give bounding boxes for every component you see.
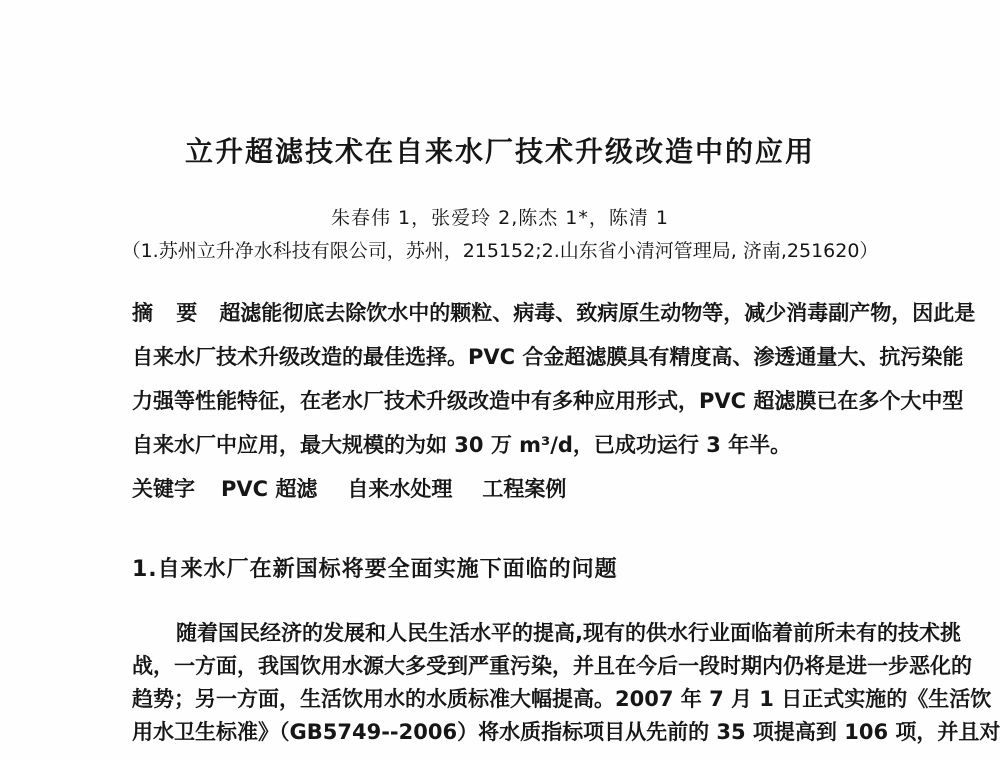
paragraph-line: 战，一方面，我国饮用水源大多受到严重污染，并且在今后一段时期内仍将是进一步恶化的: [132, 650, 869, 683]
abstract-section: 摘 要超滤能彻底去除饮水中的颗粒、病毒、致病原生动物等，减少消毒副产物，因此是 …: [132, 291, 869, 511]
keywords-label: 关键字: [132, 477, 195, 501]
paper-title: 立升超滤技术在自来水厂技术升级改造中的应用: [0, 0, 1000, 170]
keyword-item: PVC 超滤: [221, 477, 317, 501]
abstract-text: 超滤能彻底去除饮水中的颗粒、病毒、致病原生动物等，减少消毒副产物，因此是: [219, 301, 975, 325]
authors-line: 朱春伟 1，张爱玲 2,陈杰 1*，陈清 1: [0, 206, 1000, 230]
abstract-label: 摘 要: [132, 301, 205, 325]
content-column: 摘 要超滤能彻底去除饮水中的颗粒、病毒、致病原生动物等，减少消毒副产物，因此是 …: [132, 291, 869, 749]
abstract-line: 自来水厂技术升级改造的最佳选择。PVC 合金超滤膜具有精度高、渗透通量大、抗污染…: [132, 335, 869, 379]
paragraph-line: 随着国民经济的发展和人民生活水平的提高,现有的供水行业面临着前所未有的技术挑: [132, 617, 869, 650]
keywords-line: 关键字PVC 超滤自来水处理工程案例: [132, 467, 869, 511]
abstract-line: 自来水厂中应用，最大规模的为如 30 万 m³/d，已成功运行 3 年半。: [132, 423, 869, 467]
section-1-heading: 1.自来水厂在新国标将要全面实施下面临的问题: [132, 555, 869, 585]
keyword-item: 工程案例: [482, 477, 566, 501]
paragraph-line: 用水卫生标准》（GB5749--2006）将水质指标项目从先前的 35 项提高到…: [132, 716, 869, 749]
document-page: 立升超滤技术在自来水厂技术升级改造中的应用 朱春伟 1，张爱玲 2,陈杰 1*，…: [0, 0, 1000, 760]
paragraph-line: 趋势；另一方面，生活饮用水的水质标准大幅提高。2007 年 7 月 1 日正式实…: [132, 683, 869, 716]
abstract-line: 力强等性能特征，在老水厂技术升级改造中有多种应用形式，PVC 超滤膜已在多个大中…: [132, 379, 869, 423]
abstract-line: 摘 要超滤能彻底去除饮水中的颗粒、病毒、致病原生动物等，减少消毒副产物，因此是: [132, 291, 869, 335]
affiliation-line: （1.苏州立升净水科技有限公司，苏州，215152;2.山东省小清河管理局, 济…: [0, 239, 1000, 263]
section-1-paragraph: 随着国民经济的发展和人民生活水平的提高,现有的供水行业面临着前所未有的技术挑 战…: [132, 617, 869, 749]
keyword-item: 自来水处理: [347, 477, 452, 501]
